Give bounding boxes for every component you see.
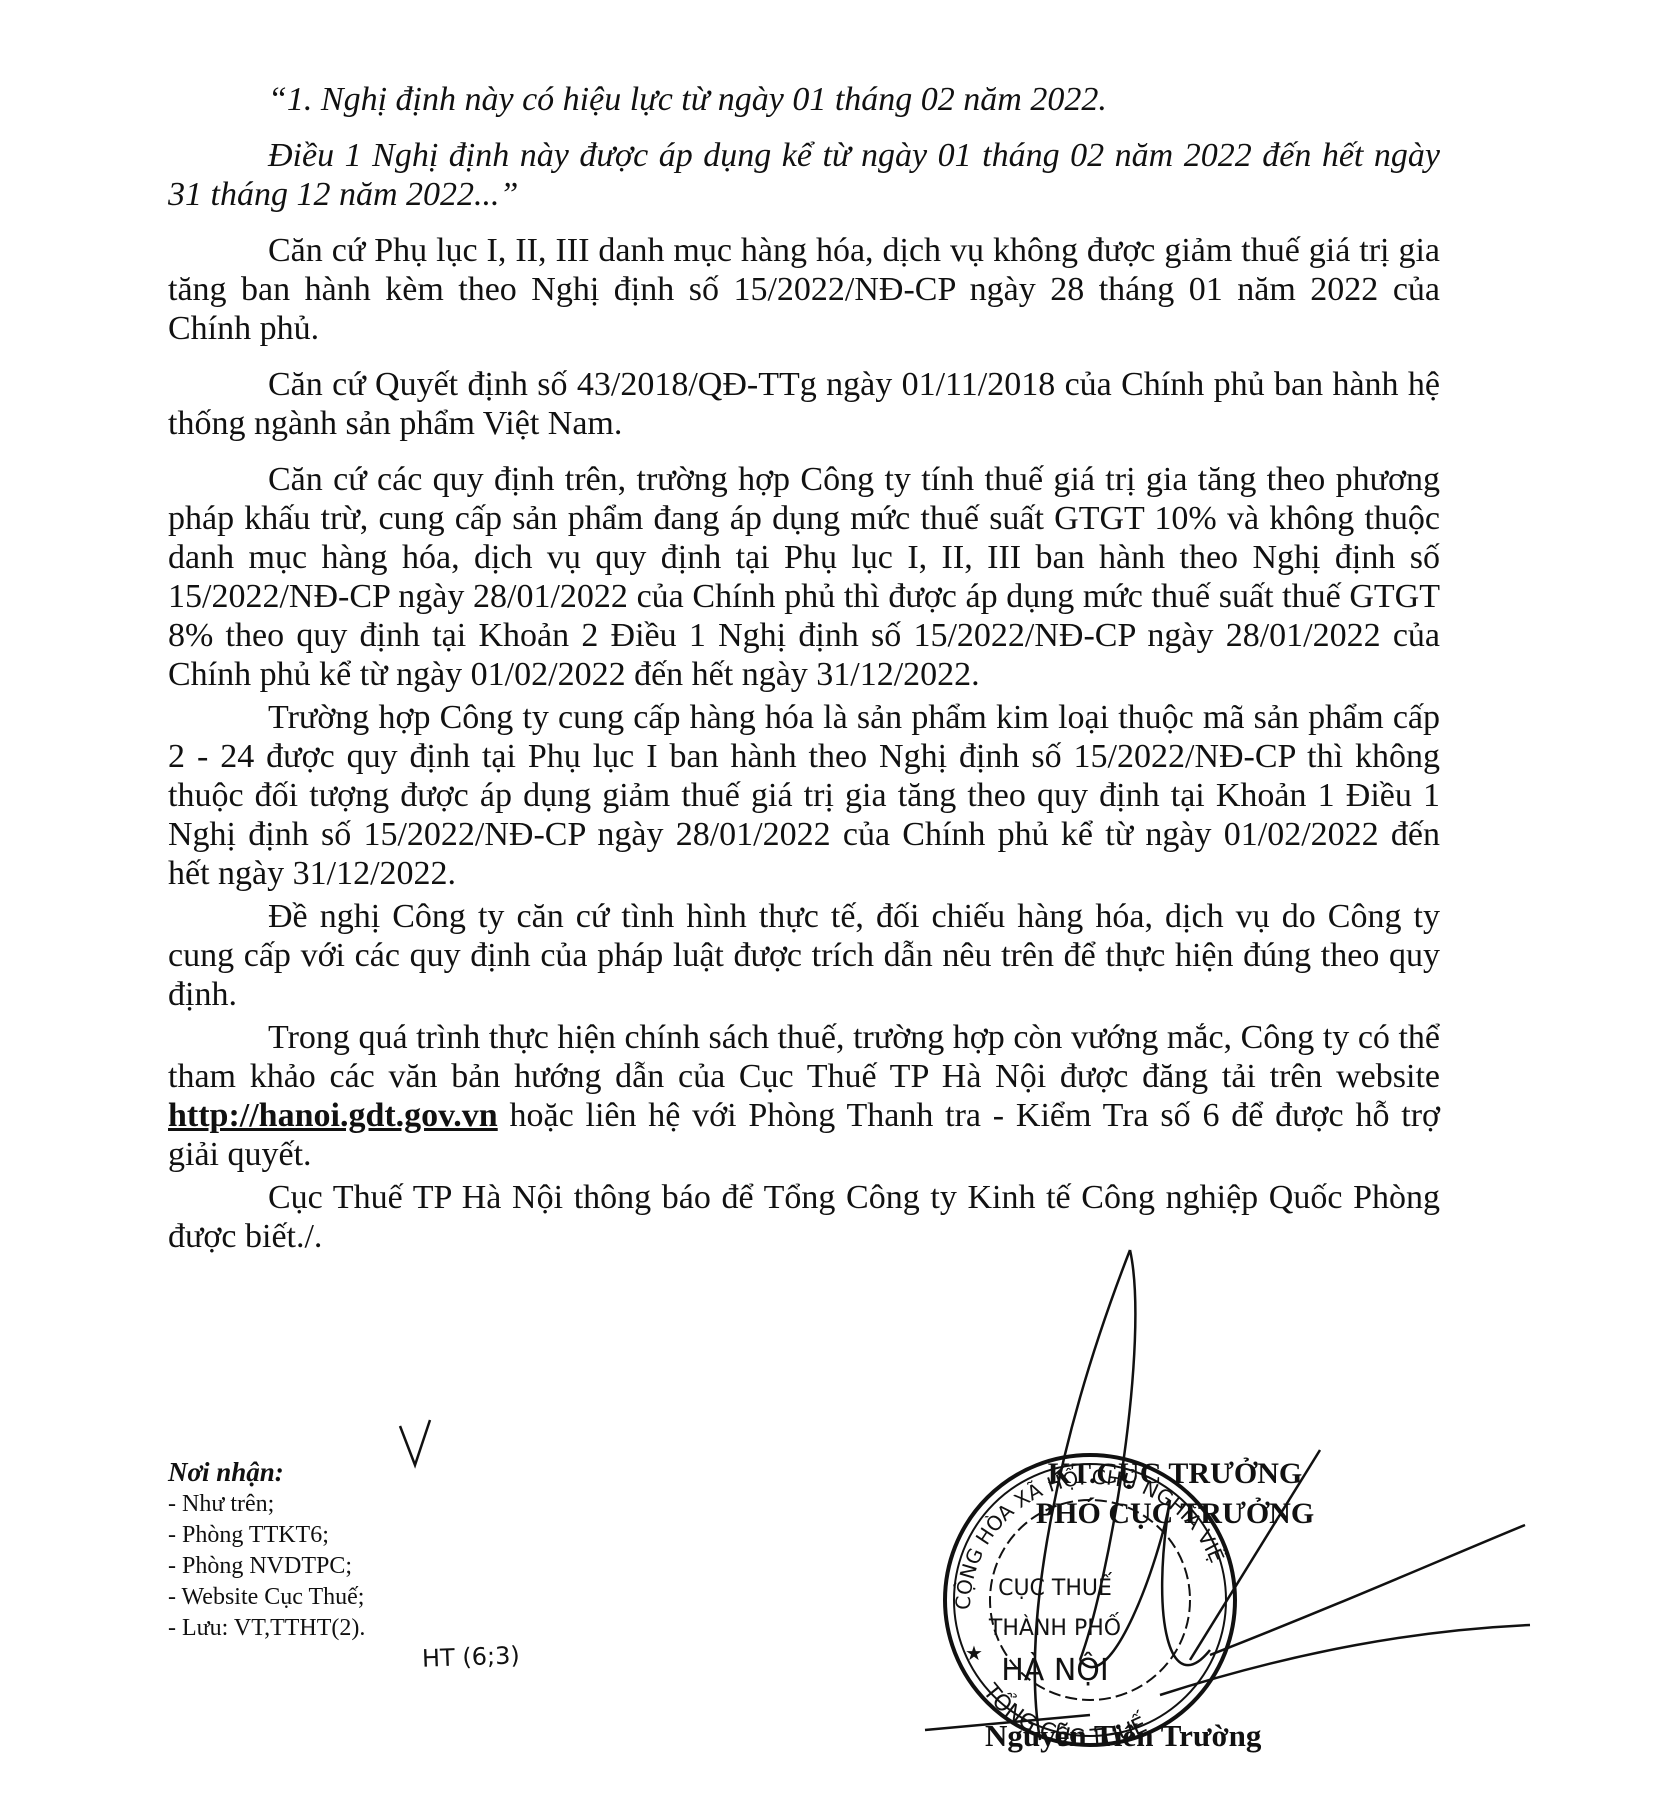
recipient-item: - Website Cục Thuế;: [168, 1582, 365, 1613]
paragraph-decision-basis: Căn cứ Quyết định số 43/2018/QĐ-TTg ngày…: [168, 365, 1440, 443]
recipient-item: - Phòng NVDTPC;: [168, 1551, 365, 1582]
svg-text:CỤC THUẾ: CỤC THUẾ: [998, 1573, 1113, 1601]
paragraph-vat-8-percent: Căn cứ các quy định trên, trường hợp Côn…: [168, 460, 1440, 694]
svg-text:★: ★: [965, 1643, 983, 1665]
document-body: “1. Nghị định này có hiệu lực từ ngày 01…: [168, 80, 1440, 1256]
paragraph-request: Đề nghị Công ty căn cứ tình hình thực tế…: [168, 897, 1440, 1014]
contact-text-before: Trong quá trình thực hiện chính sách thu…: [168, 1019, 1440, 1095]
quote-line-1: “1. Nghị định này có hiệu lực từ ngày 01…: [168, 80, 1440, 119]
signer-name: Nguyễn Tiến Trường: [985, 1718, 1261, 1754]
paragraph-metal-products: Trường hợp Công ty cung cấp hàng hóa là …: [168, 698, 1440, 893]
recipients-title: Nơi nhận:: [168, 1455, 365, 1489]
paragraph-closing: Cục Thuế TP Hà Nội thông báo để Tổng Côn…: [168, 1178, 1440, 1256]
website-link[interactable]: http://hanoi.gdt.gov.vn: [168, 1097, 498, 1134]
signature-block: KT.CỤC TRƯỞNG PHÓ CỤC TRƯỞNG: [960, 1454, 1390, 1534]
signature-title-1: KT.CỤC TRƯỞNG: [960, 1454, 1390, 1494]
quote-line-2: Điều 1 Nghị định này được áp dụng kể từ …: [168, 136, 1440, 214]
recipient-item: - Phòng TTKT6;: [168, 1520, 365, 1551]
paragraph-contact: Trong quá trình thực hiện chính sách thu…: [168, 1018, 1440, 1174]
recipient-item: - Lưu: VT,TTHT(2).: [168, 1613, 365, 1644]
handwritten-note: HT (6;3): [422, 1641, 521, 1672]
signature-title-2: PHÓ CỤC TRƯỞNG: [960, 1494, 1390, 1534]
svg-text:HÀ NỘI: HÀ NỘI: [1001, 1651, 1109, 1688]
recipient-item: - Như trên;: [168, 1489, 365, 1520]
paragraph-appendix-basis: Căn cứ Phụ lục I, II, III danh mục hàng …: [168, 231, 1440, 348]
svg-text:THÀNH PHỐ: THÀNH PHỐ: [988, 1612, 1121, 1641]
recipients-block: Nơi nhận: - Như trên; - Phòng TTKT6; - P…: [168, 1455, 365, 1644]
